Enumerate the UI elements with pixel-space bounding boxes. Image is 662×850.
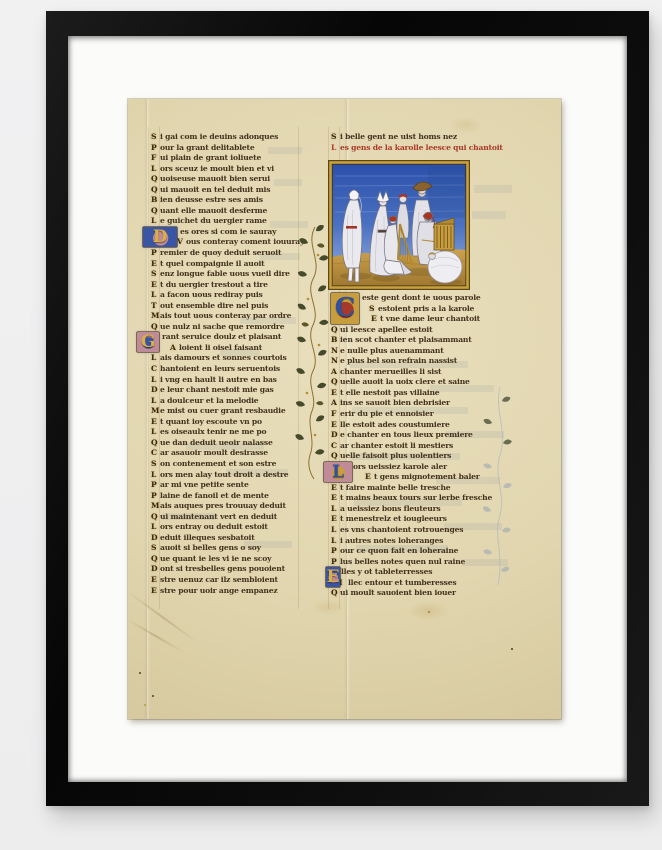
verse-line: Plaine de fanoil et de mente (151, 491, 301, 502)
line-text: t vne dame leur chantoit (380, 314, 480, 323)
line-capital: Q (151, 512, 160, 523)
line-text: e leur chant nestoit mie gas (160, 385, 274, 394)
picture-frame: Si gai com ie deuins adonquesPour la gra… (46, 11, 649, 806)
ink-speck (428, 611, 430, 613)
line-capital: B (151, 195, 160, 206)
line-text: laine de fanoil et de mente (160, 491, 269, 500)
line-capital: F (151, 153, 160, 164)
line-text: uant elle mauoit desferme (160, 206, 267, 215)
verse-line: Sauoit si belles gens o soy (151, 543, 301, 554)
line-capital: E (331, 388, 340, 399)
verse-line: Si gai com ie deuins adonques (151, 132, 301, 143)
line-text: e nulle plus auenammant (340, 346, 444, 355)
line-text: t elle nestoit pas villaine (340, 388, 439, 397)
line-capital: M (151, 406, 160, 417)
verse-line: Le guichet du uergier rame (151, 216, 301, 227)
line-capital: C (151, 364, 160, 375)
verse-line: Son contenement et son estre (151, 459, 301, 470)
line-text: t menestrelz et iougleeurs (340, 514, 447, 523)
line-text: a ueissiez bons fleuteurs (340, 504, 440, 513)
line-capital: Q (331, 451, 340, 462)
line-capital: I (339, 578, 348, 589)
line-text: ui mauoit en tel deduit mis (160, 185, 270, 194)
line-capital: Q (331, 325, 340, 336)
line-text: on contenement et son estre (160, 459, 276, 468)
line-capital: P (331, 546, 340, 557)
line-text: uelle faisoit plus uolentiers (340, 451, 451, 460)
verse-line-with-initial: Grant seruice doulz et plaisant (151, 332, 301, 343)
line-capital: E (331, 483, 340, 494)
line-text: rant seruice doulz et plaisant (162, 332, 281, 341)
line-capital: S (151, 543, 160, 554)
line-text: t du uergier trestout a tire (160, 280, 268, 289)
line-text: e mist ou cuer grant resbaudie (160, 406, 285, 415)
line-capital: E (371, 314, 380, 325)
line-capital: V (177, 237, 186, 248)
line-text: ais tout uous conteray par ordre (160, 311, 291, 320)
line-text: a facon uous rediray puis (160, 290, 263, 299)
verse-line: Quoiseuse mauoit bien serui (151, 174, 301, 185)
verse-line: Bien scot chanter et plaisammant (331, 335, 531, 346)
rubric-text: es gens de la karolle leesce qui chantoi… (340, 143, 503, 152)
verse-line: Estre uenuz car ilz sembloient (151, 575, 301, 586)
verse-line: Dont si tresbelles gens pouoient (151, 564, 301, 575)
verse-line: Par mi vne petite sente (151, 480, 301, 491)
corner-fold-line (128, 591, 198, 643)
line-text: enz longue fable uous vueil dire (160, 269, 290, 278)
line-capital: Q (331, 377, 340, 388)
line-text: ue quant ie les vi ie ne scoy (160, 554, 271, 563)
verse-line: Qui mauoit en tel deduit mis (151, 185, 301, 196)
line-capital: B (331, 335, 340, 346)
illuminated-initial: C (331, 293, 359, 324)
verse-line: Qui leesce apellee estoit (331, 325, 531, 336)
photo-background: Si gai com ie deuins adonquesPour la gra… (0, 0, 662, 850)
verse-line: Li vng en hault li autre en bas (151, 375, 301, 386)
line-text: es vns chantoient rotrouenges (340, 525, 463, 534)
line-capital: L (151, 290, 160, 301)
verse-line: Bien deusse estre ses amis (151, 195, 301, 206)
line-text: t quant ioy escoute vn po (160, 417, 262, 426)
page-crease (144, 99, 150, 719)
line-text: our la grant delitablete (160, 143, 255, 152)
verse-line: La facon uous rediray puis (151, 290, 301, 301)
line-capital: S (151, 269, 160, 280)
line-text: ors entray ou deduit estoit (160, 522, 268, 531)
line-text: es ores si com ie sauray (180, 227, 276, 236)
verse-line-with-initial: Des ores si com ie sauray (151, 227, 301, 238)
verse-line: Et quant ioy escoute vn po (151, 417, 301, 428)
verse-line: Achanter merueilles li sist (331, 367, 531, 378)
line-text: ont si tresbelles gens pouoient (160, 564, 285, 573)
line-capital: P (331, 557, 340, 568)
line-text: ar chanter estoit li mestiers (340, 441, 453, 450)
verse-line: Estre pour uoir ange empanez (151, 586, 301, 597)
miniature-illustration: La karole: elegantly dressed dancers and… (328, 160, 470, 290)
line-capital: E (151, 259, 160, 270)
line-text: hantoient en leurs seruentois (160, 364, 280, 373)
line-capital: A (170, 343, 179, 354)
line-capital: Q (151, 322, 160, 333)
verse-line: Car asauoir moult desirasse (151, 448, 301, 459)
line-text: e plus bel son refrain nassist (340, 356, 457, 365)
line-text: t faire mainte belle tresche (340, 483, 450, 492)
verse-line: Lors men alay tout droit a destre (151, 470, 301, 481)
line-text: e chanter en tous lieux premiere (340, 430, 473, 439)
line-text: stre uenuz car ilz sembloient (160, 575, 278, 584)
line-text: ais damours et sonnes courtois (160, 353, 287, 362)
illuminated-initial: G (137, 332, 159, 352)
line-capital: D (331, 430, 340, 441)
illuminated-initial: E (326, 567, 340, 587)
line-capital: C (331, 441, 340, 452)
line-capital: D (151, 385, 160, 396)
verse-line: Fui plain de grant ioliuete (151, 153, 301, 164)
line-capital: Q (151, 554, 160, 565)
line-text: ien scot chanter et plaisammant (340, 335, 472, 344)
line-text: t mains beaux tours sur lerbe fresche (340, 493, 492, 502)
verse-line: Et quel compaignie il auoit (151, 259, 301, 270)
line-text: loient li oisel faisant (179, 343, 262, 352)
verse-line: Pour la grant delitablete (151, 143, 301, 154)
verse-line: Senz longue fable uous vueil dire (151, 269, 301, 280)
line-capital: D (151, 533, 160, 544)
ink-speck (511, 648, 513, 650)
line-capital: E (151, 280, 160, 291)
line-capital: A (331, 367, 340, 378)
ink-speck (144, 704, 146, 706)
line-capital: E (331, 420, 340, 431)
line-text: ar mi vne petite sente (160, 480, 249, 489)
line-text: llec entour et tumberesses (348, 578, 456, 587)
line-capital: L (151, 522, 160, 533)
line-text: our ce quon fait en loheraine (340, 546, 458, 555)
line-text: i autres notes loheranges (340, 536, 443, 545)
left-text-column: Si gai com ie deuins adonquesPour la gra… (151, 132, 301, 596)
verse-line: Tout ensemble dire nel puis (151, 301, 301, 312)
line-text: remier de quoy deduit seruoit (160, 248, 281, 257)
line-text: out ensemble dire nel puis (160, 301, 268, 310)
verse-line: Quant elle mauoit desferme (151, 206, 301, 217)
line-text: i vng en hault li autre en bas (160, 375, 277, 384)
corner-fold-line (128, 619, 184, 652)
line-text: ous conteray coment iouuray (186, 237, 304, 246)
line-text: ors ueissiez karole aler (353, 462, 447, 471)
ivy-vine-decoration (293, 225, 331, 480)
verse-line: Mais tout uous conteray par ordre (151, 311, 301, 322)
line-capital: Q (151, 206, 160, 217)
verse-line: Chantoient en leurs seruentois (151, 364, 301, 375)
line-text: ui plain de grant ioliuete (160, 153, 261, 162)
line-capital: E (331, 514, 340, 525)
bleedthrough-foliage (480, 387, 520, 587)
line-capital: E (151, 417, 160, 428)
line-capital: Q (331, 588, 340, 599)
verse-line: La doulceur et la melodie (151, 396, 301, 407)
bleedthrough-mark (474, 185, 512, 193)
manuscript-page: Si gai com ie deuins adonquesPour la gra… (128, 99, 561, 719)
line-text: chanter merueilles li sist (340, 367, 441, 376)
verse-line: Qui maintenant vert en deduit (151, 512, 301, 523)
line-capital: L (151, 216, 160, 227)
ink-speck (139, 672, 141, 674)
verse-line: Lors entray ou deduit estoit (151, 522, 301, 533)
line-capital: D (151, 564, 160, 575)
line-capital: E (331, 493, 340, 504)
verse-line-with-initial: Ceste gent dont ie uous parole (331, 293, 531, 304)
line-capital: P (151, 491, 160, 502)
line-text: auoit si belles gens o soy (160, 543, 261, 552)
bleedthrough-mark (472, 211, 506, 219)
line-text: este gent dont ie uous parole (362, 293, 481, 302)
line-capital: E (151, 575, 160, 586)
line-text: ais auques pres trouuay deduit (160, 501, 286, 510)
sky-shading (428, 166, 465, 218)
line-capital: L (151, 353, 160, 364)
line-capital: T (151, 301, 160, 312)
line-text: ors men alay tout droit a destre (160, 470, 288, 479)
line-capital: L (151, 396, 160, 407)
verse-line: Me mist ou cuer grant resbaudie (151, 406, 301, 417)
verse-line: Premier de quoy deduit seruoit (151, 248, 301, 259)
line-text: i belle gent ne uist homs nez (340, 132, 457, 141)
line-capital: M (151, 311, 160, 322)
verse-line: Lors sceuz ie moult bien et vi (151, 164, 301, 175)
verse-line: De leur chant nestoit mie gas (151, 385, 301, 396)
line-capital: Q (151, 174, 160, 185)
line-capital: P (151, 480, 160, 491)
rubric-line: Les gens de la karolle leesce qui chanto… (331, 143, 531, 154)
line-text: ue dan deduit ueoir nalasse (160, 438, 273, 447)
line-capital: F (331, 409, 340, 420)
line-text: lles y ot tableterresses (341, 567, 432, 576)
line-text: es oiseaulx tenir ne me po (160, 427, 266, 436)
verse-line: Deduit illeques sesbatoit (151, 533, 301, 544)
verse-line: Que dan deduit ueoir nalasse (151, 438, 301, 449)
line-text: lle estoit ades coustumiere (340, 420, 450, 429)
line-text: ui leesce apellee estoit (340, 325, 432, 334)
line-text: ui moult sauoient bien iouer (340, 588, 456, 597)
verse-line: Ne nulle plus auenammant (331, 346, 531, 357)
line-capital: P (151, 143, 160, 154)
line-capital: L (331, 536, 340, 547)
line-capital: N (331, 346, 340, 357)
line-capital: N (331, 356, 340, 367)
mat-board: Si gai com ie deuins adonquesPour la gra… (68, 36, 627, 782)
line-text: ar asauoir moult desirasse (160, 448, 268, 457)
line-text: estoient pris a la karole (378, 304, 474, 313)
figure-bowing-white-robe (428, 251, 462, 283)
verse-line: Et vne dame leur chantoit (331, 314, 531, 325)
line-capital: E (365, 472, 374, 483)
line-capital: L (331, 525, 340, 536)
verse-line: Que nulz ni sache que remordre (151, 322, 301, 333)
verse-line: Que quant ie les vi ie ne scoy (151, 554, 301, 565)
line-capital: Q (151, 438, 160, 449)
right-column-header: Si belle gent ne uist homs nez Les gens … (331, 132, 531, 153)
verse-line: Qui moult sauoient bien iouer (331, 588, 531, 599)
line-text: uoiseuse mauoit bien serui (160, 174, 270, 183)
line-text: a doulceur et la melodie (160, 396, 258, 405)
line-text: lus belles notes quen nul raine (340, 557, 465, 566)
verse-line: Aloient li oisel faisant (151, 343, 301, 354)
line-text: t gens mignotement baler (374, 472, 480, 481)
verse-line: Lais damours et sonnes courtois (151, 353, 301, 364)
line-text: i gai com ie deuins adonques (160, 132, 278, 141)
line-capital: Q (151, 185, 160, 196)
line-text: ui maintenant vert en deduit (160, 512, 277, 521)
line-text: e guichet du uergier rame (160, 216, 267, 225)
line-capital: S (151, 459, 160, 470)
line-capital: L (151, 470, 160, 481)
line-text: uelle auoit la uoix clere et saine (340, 377, 470, 386)
line-capital: C (151, 448, 160, 459)
line-capital: S (331, 132, 340, 143)
line-capital: A (331, 398, 340, 409)
verse-line: Ne plus bel son refrain nassist (331, 356, 531, 367)
ink-speck (152, 695, 154, 697)
verse-line: Les oiseaulx tenir ne me po (151, 427, 301, 438)
line-text: ue nulz ni sache que remordre (160, 322, 284, 331)
miniature-carole-scene: La karole: elegantly dressed dancers and… (328, 160, 470, 290)
line-text: stre pour uoir ange empanez (160, 586, 278, 595)
verse-line: Mais auques pres trouuay deduit (151, 501, 301, 512)
verse-line: Sestoient pris a la karole (331, 304, 531, 315)
line-capital: S (369, 304, 378, 315)
line-capital: L (151, 375, 160, 386)
line-capital: L (151, 164, 160, 175)
line-capital: E (151, 586, 160, 597)
line-text: ien deusse estre ses amis (160, 195, 263, 204)
line-text: t quel compaignie il auoit (160, 259, 264, 268)
line-capital: S (151, 132, 160, 143)
line-text: ors sceuz ie moult bien et vi (160, 164, 274, 173)
line-text: erir du pie et ennoisier (340, 409, 434, 418)
line-capital: L (331, 504, 340, 515)
line-text: eduit illeques sesbatoit (160, 533, 255, 542)
rubric-capital: L (331, 143, 340, 154)
verse-line: Et du uergier trestout a tire (151, 280, 301, 291)
line-text: ins se sauoit bien debrisier (340, 398, 450, 407)
verse-line: Si belle gent ne uist homs nez (331, 132, 531, 143)
line-capital: P (151, 248, 160, 259)
illuminated-initial: D (143, 227, 177, 247)
line-capital: L (151, 427, 160, 438)
illuminated-initial: L (324, 462, 352, 482)
line-capital: M (151, 501, 160, 512)
